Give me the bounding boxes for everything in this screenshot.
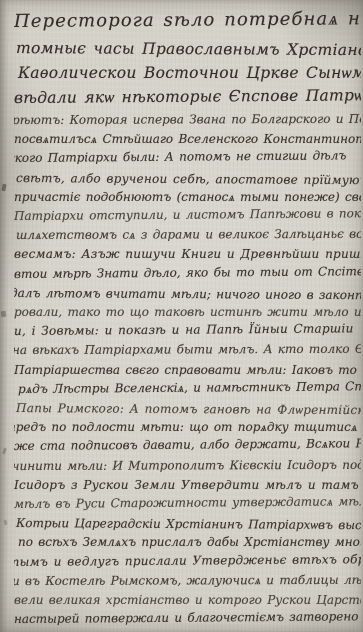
manuscript-line: далъ лѣтомъ вчитати мѣли; ничого иного в…: [14, 284, 361, 305]
manuscript-line: ского Патріархи были: А потомъ не стигши…: [14, 147, 361, 169]
manuscript-line: на вѣкахъ Патріархами быти мѣлъ. А кто т…: [14, 340, 359, 360]
manuscript-line: и въ Костелѣ Рымскомъ, жалуючисѧ и табли…: [14, 571, 359, 591]
manuscript-text: Пересторога ѕѣло потребнаѧ на по томныє …: [14, 8, 361, 632]
manuscript-line: томныє часы Православнымъ Хрстіаномъ Сто…: [16, 36, 361, 63]
manuscript-line: настырей потвержали и благочестіємъ затв…: [14, 608, 361, 630]
manuscript-line: чинити мѣли: И Митрополитъ Кієвскіи Ісид…: [14, 455, 359, 475]
manuscript-line: Патріархи отступили, и листомъ Папѣжови …: [14, 204, 361, 226]
manuscript-line: тымъ и ведлугъ прислали Утвердженьє втѣх…: [14, 550, 361, 572]
manuscript-line: Котрыи Цареградскіи Хрстіанинъ Патріархѡ…: [16, 514, 361, 535]
manuscript-line: и, і Зовѣмы: и показѣ и на Папѣ Їйныи Ст…: [14, 320, 361, 342]
manuscript-page: Пересторога ѕѣло потребнаѧ на по томныє …: [0, 0, 363, 632]
manuscript-line: же ста подписовъ давати, албо держати, В…: [14, 435, 361, 457]
manuscript-line: рѧдъ Лѣстры Вселенскіѧ, и намѣстникъ Пет…: [18, 377, 361, 399]
manuscript-line: Пересторога ѕѣло потребнаѧ на по: [14, 8, 361, 36]
manuscript-line: втои мѣрѣ Знати дѣло, яко бы то тыи от С…: [14, 262, 361, 284]
manuscript-line: свѣтъ, албо врученои себѣ, апостатове пр…: [16, 169, 361, 190]
manuscript-line: Каѳолическои Восточнои Цркве Сынѡмъ: абы: [18, 61, 361, 86]
ink-speck: [1, 311, 7, 318]
manuscript-line: шлѧхетствомъ сѧ з дарами и великоє Залѣц…: [16, 225, 359, 245]
manuscript-line: вѣдали якѡ нѣкоторыє Єпспове Патрѡвъ Ко: [14, 83, 361, 111]
manuscript-line: мѣлъ въ Руси Старожитности утверждатисѧ …: [14, 492, 361, 514]
manuscript-line: рѣютъ: Которая исперва Звана по Болгарск…: [14, 110, 359, 130]
manuscript-line: Папы Римского: А потомъ гановѣ на Флѡрен…: [16, 399, 361, 420]
